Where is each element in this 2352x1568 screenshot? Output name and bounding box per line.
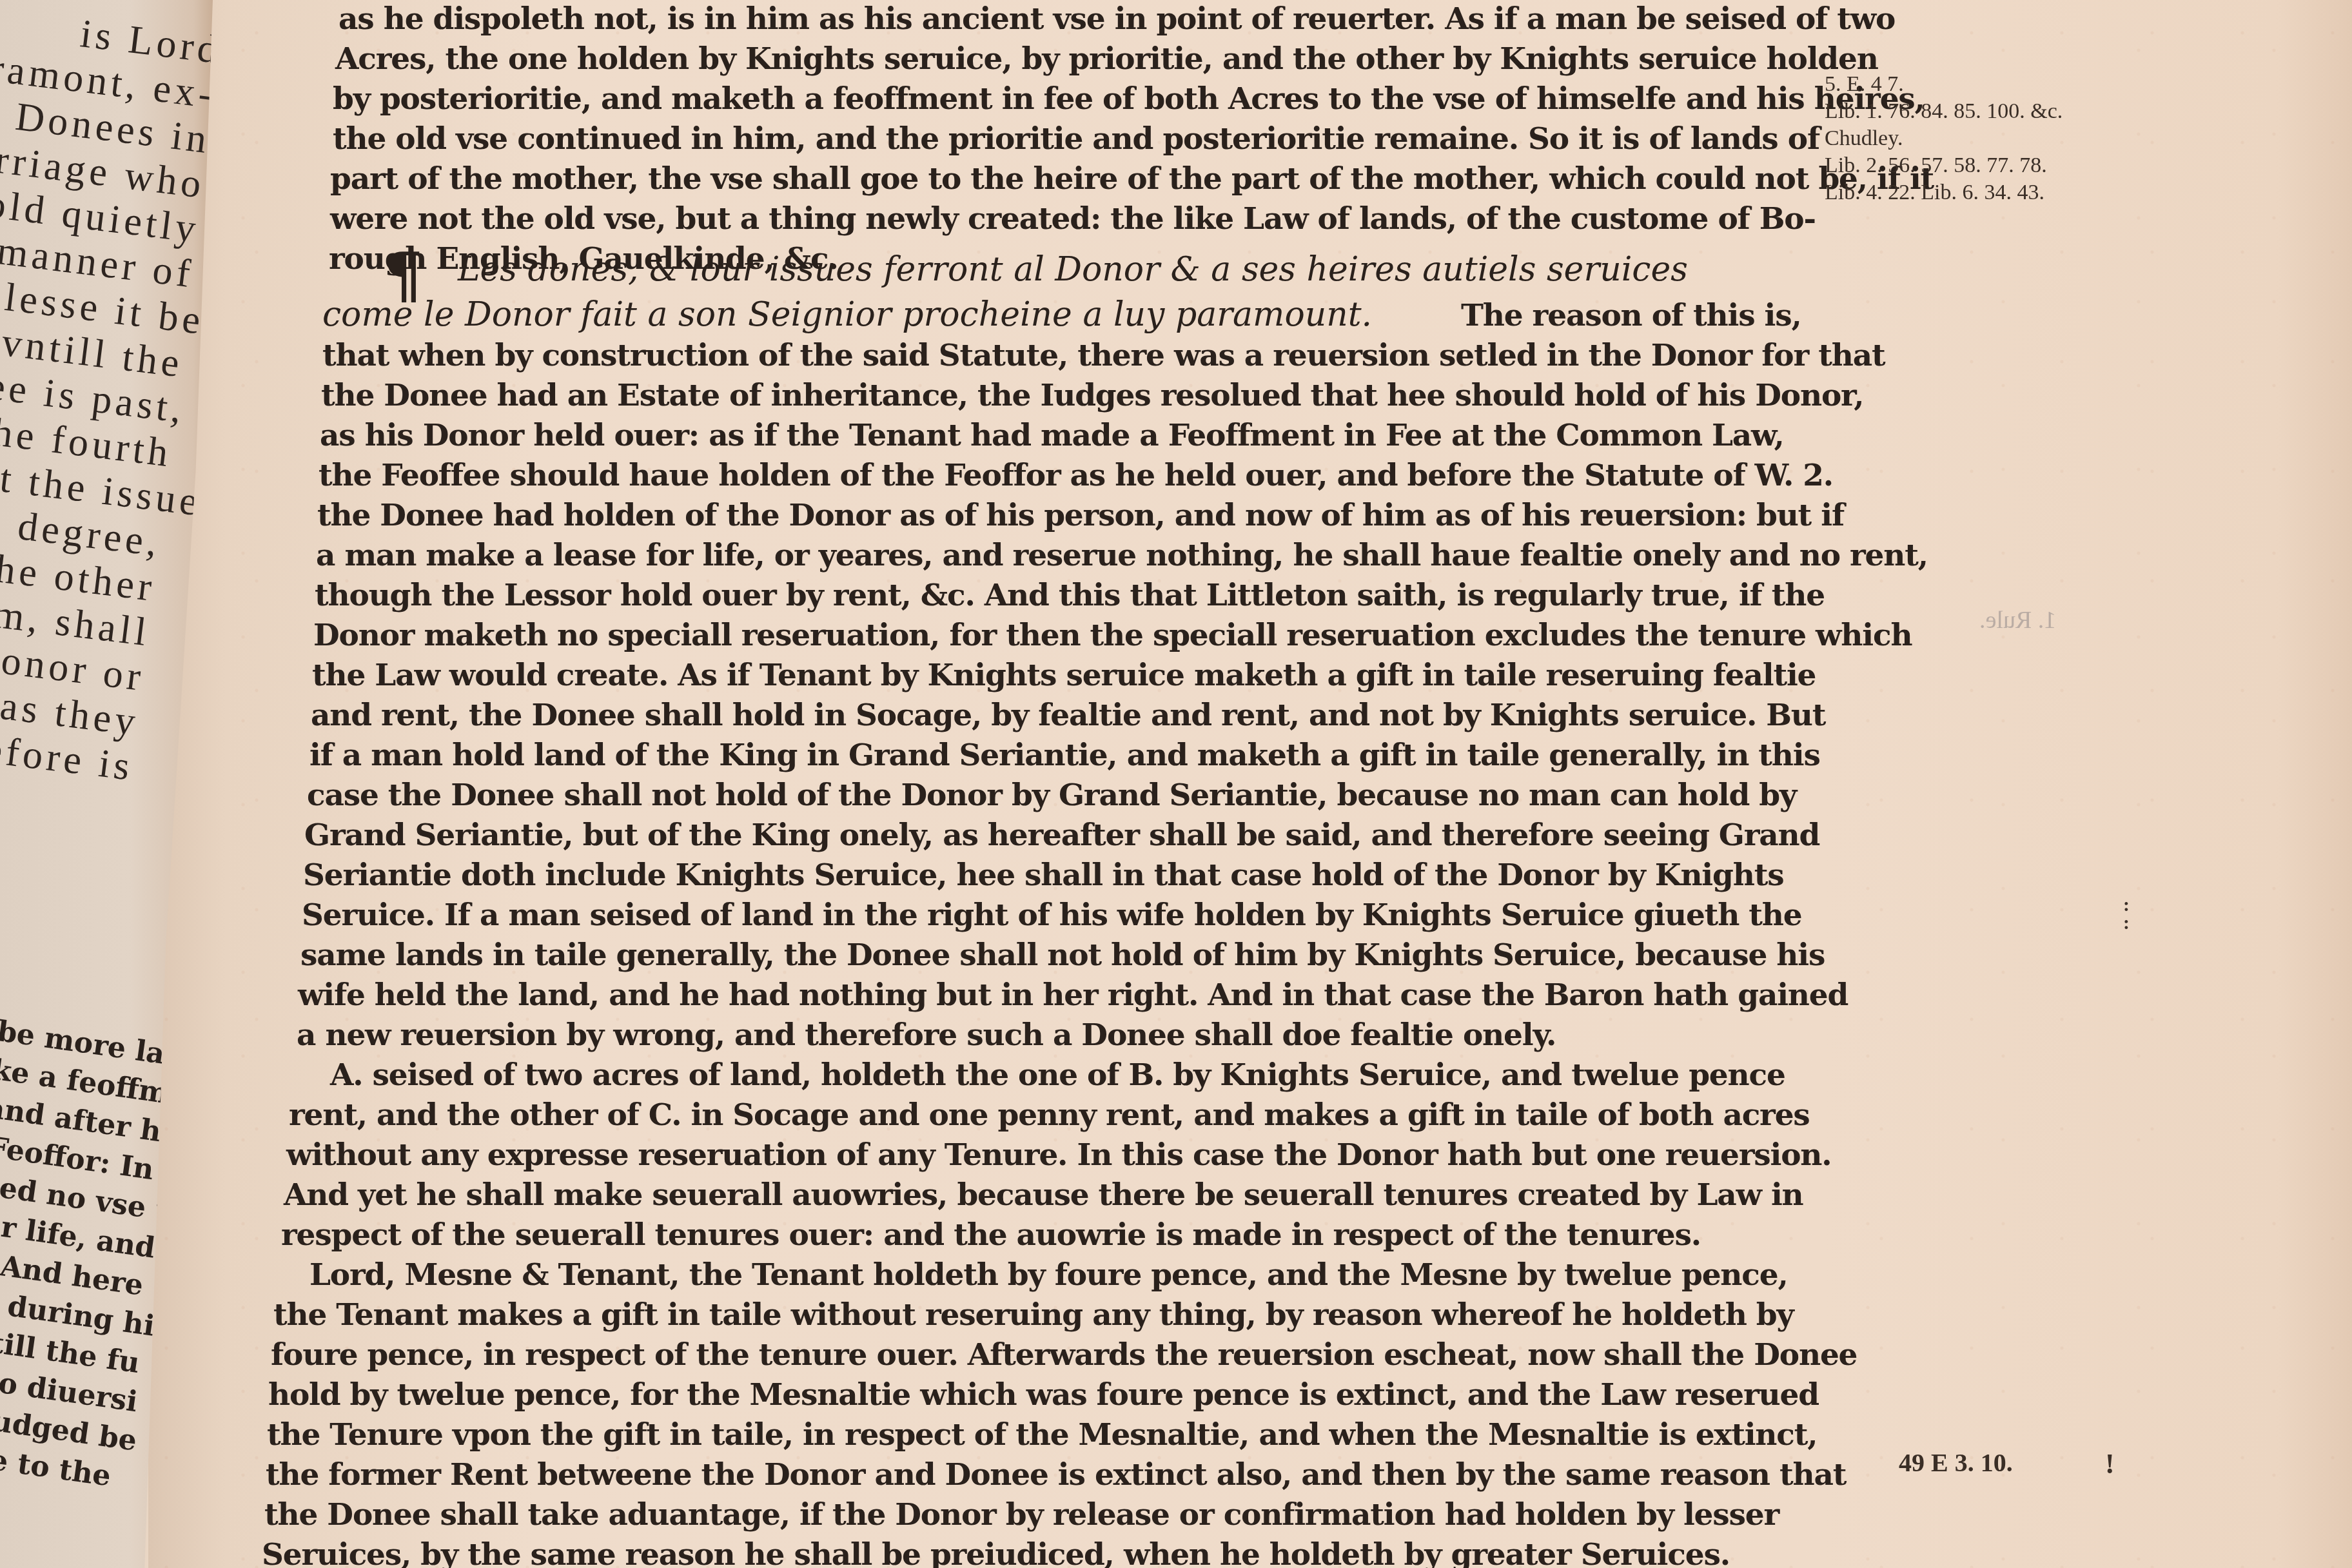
text-line: as his Donor held ouer: as if the Tenant… [320, 418, 1784, 453]
text-line: a man make a lease for life, or yeares, … [316, 538, 1928, 573]
text-line: wife held the land, and he had nothing b… [298, 977, 1848, 1013]
text-line: as he dispoleth not, is in him as his an… [338, 1, 1895, 37]
text-line: case the Donee shall not hold of the Don… [307, 778, 1796, 813]
text-line: foure pence, in respect of the tenure ou… [271, 1337, 1857, 1373]
text-line: Seriantie doth include Knights Seruice, … [303, 857, 1783, 893]
text-line: part of the mother, the vse shall goe to… [330, 161, 1934, 197]
margin-notes: 5. E. 4 7. Lib. 1. 76. 84. 85. 100. &c. … [1825, 71, 2063, 206]
margin-note-bottom: 49 E 3. 10. [1899, 1447, 2013, 1478]
text-line: though the Lessor hold ouer by rent, &c.… [315, 578, 1825, 613]
text-line: Lord, Mesne & Tenant, the Tenant holdeth… [309, 1257, 1788, 1293]
margin-note: Lib. 1. 76. 84. 85. 100. &c. [1825, 98, 2063, 125]
text-line: Acres, the one holden by Knights seruice… [335, 41, 1878, 77]
text-line: same lands in taile generally, the Donee… [300, 937, 1825, 973]
text-line: and rent, the Donee shall hold in Socage… [311, 698, 1825, 733]
french-text-line: come le Donor fait a son Seignior proche… [322, 295, 1372, 334]
text-line: the old vse continued in him, and the pr… [333, 121, 1819, 157]
french-text-line: Les dones, & lour issues ferront al Dono… [458, 250, 1688, 289]
margin-note: Chudley. [1825, 125, 2063, 152]
text-line: by posterioritie, and maketh a feoffment… [333, 81, 1925, 117]
text-line: the Law would create. As if Tenant by Kn… [312, 658, 1816, 693]
text-line: that when by construction of the said St… [322, 338, 1885, 373]
left-page-roman-text: is Lord ramont, ex- Donees in rriage who… [0, 0, 213, 790]
text-line: the Donee shall take aduantage, if the D… [264, 1497, 1779, 1533]
margin-note: Lib. 2. 56. 57. 58. 77. 78. [1825, 152, 2063, 179]
text-line: hold by twelue pence, for the Mesnaltie … [268, 1377, 1819, 1413]
text-line: The reason of this is, [1461, 298, 1801, 333]
text-line: A. seised of two acres of land, holdeth … [330, 1057, 1785, 1093]
text-line: the former Rent betweene the Donor and D… [266, 1457, 1846, 1493]
margin-mark: ! [2105, 1447, 2115, 1480]
text-line: respect of the seuerall tenures ouer: an… [281, 1217, 1701, 1253]
text-line: Seruices, by the same reason he shall be… [262, 1537, 1730, 1568]
text-line: Donor maketh no speciall reseruation, fo… [313, 618, 1912, 653]
text-line: a new reuersion by wrong, and therefore … [297, 1017, 1556, 1053]
left-page-blackletter-text: be more larg ke a feoffment and after he… [0, 1012, 172, 1496]
margin-note: Lib. 4. 22. Lib. 6. 34. 43. [1825, 179, 2063, 206]
show-through-note: 1. Rule. [1979, 606, 2056, 634]
margin-note: 5. E. 4 7. [1825, 71, 2063, 98]
text-line: rent, and the other of C. in Socage and … [289, 1097, 1810, 1133]
text-line: the Tenant makes a gift in taile without… [273, 1297, 1794, 1333]
text-line: the Donee had an Estate of inheritance, … [321, 378, 1863, 413]
text-line: without any expresse reseruation of any … [286, 1137, 1831, 1173]
text-line: And yet he shall make seuerall auowries,… [284, 1177, 1803, 1213]
text-line: the Donee had holden of the Donor as of … [317, 498, 1844, 533]
text-line: the Tenure vpon the gift in taile, in re… [267, 1417, 1817, 1453]
text-line: if a man hold land of the King in Grand … [309, 738, 1820, 773]
text-line: the Feoffee should haue holden of the Fe… [318, 458, 1833, 493]
text-line: were not the old vse, but a thing newly … [330, 201, 1816, 237]
text-line: Grand Seriantie, but of the King onely, … [304, 818, 1819, 853]
text-line: Seruice. If a man seised of land in the … [302, 897, 1801, 933]
margin-mark: :: [2123, 896, 2130, 932]
